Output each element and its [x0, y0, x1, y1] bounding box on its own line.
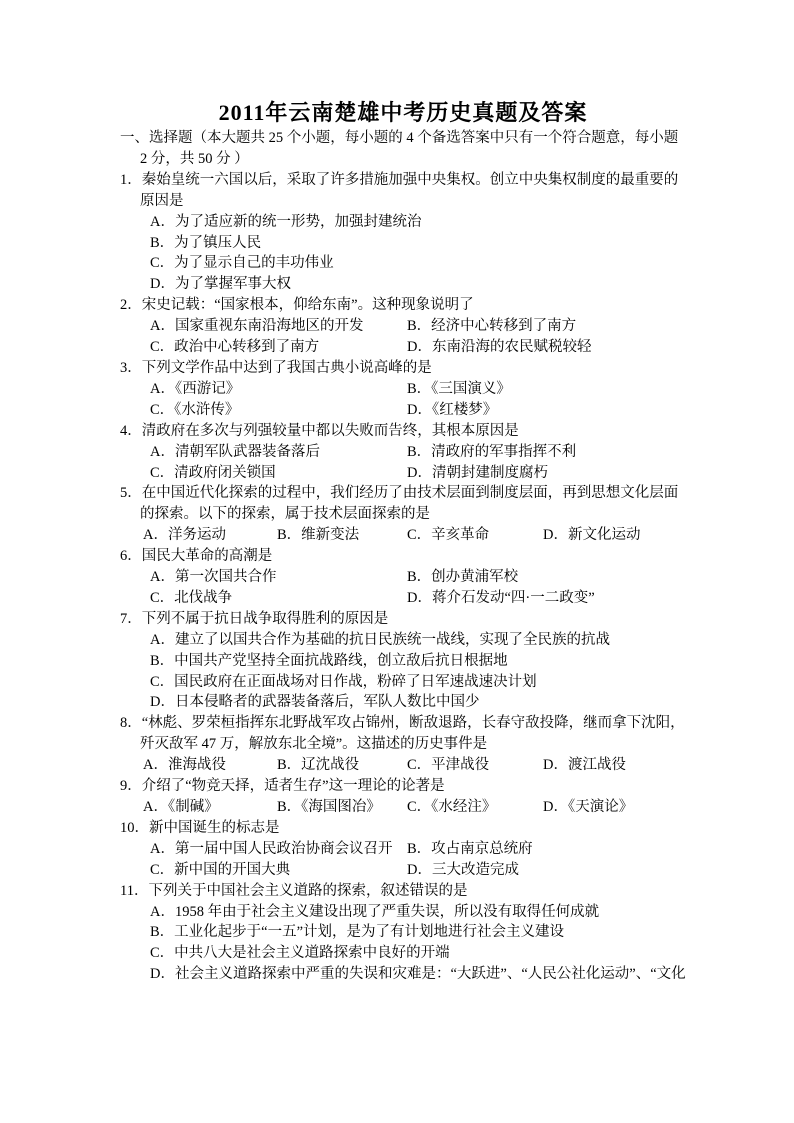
question-stem: 1．秦始皇统一六国以后，采取了许多措施加强中央集权。创立中央集权制度的最重要的原…	[120, 170, 686, 212]
question-stem-text: 下列不属于抗日战争取得胜利的原因是	[142, 611, 389, 627]
option-a: A．洋务运动	[143, 525, 277, 546]
option-a: A．《制碱》	[143, 797, 277, 818]
question-stem-text: 介绍了“物竞天择，适者生存”这一理论的论著是	[142, 778, 445, 794]
question-stem-text: 下列关于中国社会主义道路的探索，叙述错误的是	[148, 883, 467, 899]
question-options: A．1958 年由于社会主义建设出现了严重失误，所以没有取得任何成就 B．工业化…	[150, 902, 686, 986]
option-c: C．政治中心转移到了南方	[150, 337, 407, 358]
option-b: B．创办黄浦军校	[407, 567, 686, 588]
option-a: A．1958 年由于社会主义建设出现了严重失误，所以没有取得任何成就	[150, 902, 686, 923]
option-b: B．维新变法	[277, 525, 407, 546]
option-b: B．清政府的军事指挥不利	[407, 442, 686, 463]
option-a: A．淮海战役	[143, 755, 277, 776]
option-c: C．中共八大是社会主义道路探索中良好的开端	[150, 943, 686, 964]
option-c: C．国民政府在正面战场对日作战，粉碎了日军速战速决计划	[150, 672, 686, 693]
question-number: 11．	[120, 883, 148, 899]
option-c: C．为了显示自己的丰功伟业	[150, 253, 686, 274]
question-stem-text: 清政府在多次与列强较量中都以失败而告终，其根本原因是	[142, 423, 519, 439]
question-stem-text: 国民大革命的高潮是	[142, 548, 273, 564]
option-b: B．辽沈战役	[277, 755, 407, 776]
option-c: C．辛亥革命	[407, 525, 543, 546]
option-c: C．《水浒传》	[150, 400, 407, 421]
question-stem: 6．国民大革命的高潮是	[120, 546, 686, 567]
option-b: B．中国共产党坚持全面抗战路线，创立敌后抗日根据地	[150, 651, 686, 672]
question-stem-text: 下列文学作品中达到了我国古典小说高峰的是	[142, 360, 432, 376]
option-d: D．清朝封建制度腐朽	[407, 463, 686, 484]
question-options: A．淮海战役 B．辽沈战役 C．平津战役 D．渡江战役	[143, 755, 686, 776]
question-stem: 3．下列文学作品中达到了我国古典小说高峰的是	[120, 358, 686, 379]
option-b: B．经济中心转移到了南方	[407, 316, 686, 337]
option-d: D．东南沿海的农民赋税较轻	[407, 337, 686, 358]
question-options: A．建立了以国共合作为基础的抗日民族统一战线，实现了全民族的抗战 B．中国共产党…	[150, 630, 686, 714]
exam-document-page: 2011年云南楚雄中考历史真题及答案 一、选择题（本大题共 25 个小题，每小题…	[0, 0, 794, 1123]
option-a: A．第一次国共合作	[150, 567, 407, 588]
question-number: 9．	[120, 778, 142, 794]
option-c: C．清政府闭关锁国	[150, 463, 407, 484]
question-8: 8．“林彪、罗荣桓指挥东北野战军攻占锦州，断敌退路，长春守敌投降，继而拿下沈阳，…	[120, 713, 686, 776]
option-b: B．工业化起步于“一五”计划，是为了有计划地进行社会主义建设	[150, 922, 686, 943]
option-a: A．《西游记》	[150, 379, 407, 400]
question-options: A．《西游记》 B．《三国演义》 C．《水浒传》 D．《红楼梦》	[150, 379, 686, 421]
document-content: 2011年云南楚雄中考历史真题及答案 一、选择题（本大题共 25 个小题，每小题…	[0, 98, 794, 985]
option-b: B．为了镇压人民	[150, 233, 686, 254]
question-7: 7．下列不属于抗日战争取得胜利的原因是 A．建立了以国共合作为基础的抗日民族统一…	[120, 609, 686, 714]
question-options: A．第一届中国人民政治协商会议召开 B．攻占南京总统府 C．新中国的开国大典 D…	[150, 839, 686, 881]
question-number: 1．	[120, 172, 142, 188]
question-options: A．清朝军队武器装备落后 B．清政府的军事指挥不利 C．清政府闭关锁国 D．清朝…	[150, 442, 686, 484]
question-number: 4．	[120, 423, 142, 439]
option-d: D．渡江战役	[543, 755, 686, 776]
question-stem: 9．介绍了“物竞天择，适者生存”这一理论的论著是	[120, 776, 686, 797]
question-stem: 2．宋史记载：“国家根本，仰给东南”。这种现象说明了	[120, 295, 686, 316]
option-c: C．《水经注》	[407, 797, 543, 818]
question-options: A．《制碱》 B．《海国图冶》 C．《水经注》 D．《天演论》	[143, 797, 686, 818]
question-10: 10．新中国诞生的标志是 A．第一届中国人民政治协商会议召开 B．攻占南京总统府…	[120, 818, 686, 881]
question-stem: 5．在中国近代化探索的过程中，我们经历了由技术层面到制度层面，再到思想文化层面的…	[120, 483, 686, 525]
option-b: B．攻占南京总统府	[407, 839, 686, 860]
question-stem: 10．新中国诞生的标志是	[120, 818, 686, 839]
section-intro: 一、选择题（本大题共 25 个小题，每小题的 4 个备选答案中只有一个符合题意，…	[120, 128, 686, 170]
question-number: 3．	[120, 360, 142, 376]
option-c: C．平津战役	[407, 755, 543, 776]
option-d: D．新文化运动	[543, 525, 686, 546]
option-a: A．清朝军队武器装备落后	[150, 442, 407, 463]
question-stem-text: 在中国近代化探索的过程中，我们经历了由技术层面到制度层面，再到思想文化层面的探索…	[140, 485, 678, 522]
question-number: 2．	[120, 297, 142, 313]
question-stem-text: “林彪、罗荣桓指挥东北野战军攻占锦州，断敌退路，长春守敌投降，继而拿下沈阳，歼灭…	[140, 715, 685, 752]
question-number: 5．	[120, 485, 142, 501]
question-number: 6．	[120, 548, 142, 564]
option-d: D．为了掌握军事大权	[150, 274, 686, 295]
option-a: A．第一届中国人民政治协商会议召开	[150, 839, 407, 860]
option-b: B．《海国图冶》	[277, 797, 407, 818]
option-d: D．社会主义道路探索中严重的失误和灾难是：“大跃进”、“人民公社化运动”、“文化	[150, 964, 686, 985]
question-stem-text: 新中国诞生的标志是	[149, 820, 280, 836]
question-stem-text: 秦始皇统一六国以后，采取了许多措施加强中央集权。创立中央集权制度的最重要的原因是	[140, 172, 678, 209]
option-d: D．日本侵略者的武器装备落后，军队人数比中国少	[150, 692, 686, 713]
question-options: A．第一次国共合作 B．创办黄浦军校 C．北伐战争 D．蒋介石发动“四·一二政变…	[150, 567, 686, 609]
option-a: A．国家重视东南沿海地区的开发	[150, 316, 407, 337]
question-9: 9．介绍了“物竞天择，适者生存”这一理论的论著是 A．《制碱》 B．《海国图冶》…	[120, 776, 686, 818]
option-c: C．北伐战争	[150, 588, 407, 609]
option-c: C．新中国的开国大典	[150, 860, 407, 881]
question-stem: 7．下列不属于抗日战争取得胜利的原因是	[120, 609, 686, 630]
option-d: D．三大改造完成	[407, 860, 686, 881]
question-2: 2．宋史记载：“国家根本，仰给东南”。这种现象说明了 A．国家重视东南沿海地区的…	[120, 295, 686, 358]
question-options: A．国家重视东南沿海地区的开发 B．经济中心转移到了南方 C．政治中心转移到了南…	[150, 316, 686, 358]
page-title: 2011年云南楚雄中考历史真题及答案	[120, 98, 686, 128]
option-a: A．为了适应新的统一形势，加强封建统治	[150, 212, 686, 233]
question-number: 7．	[120, 611, 142, 627]
question-6: 6．国民大革命的高潮是 A．第一次国共合作 B．创办黄浦军校 C．北伐战争 D．…	[120, 546, 686, 609]
question-number: 8．	[120, 715, 142, 731]
option-b: B．《三国演义》	[407, 379, 686, 400]
option-a: A．建立了以国共合作为基础的抗日民族统一战线，实现了全民族的抗战	[150, 630, 686, 651]
question-stem: 8．“林彪、罗荣桓指挥东北野战军攻占锦州，断敌退路，长春守敌投降，继而拿下沈阳，…	[120, 713, 686, 755]
option-d: D．《天演论》	[543, 797, 686, 818]
question-options: A．为了适应新的统一形势，加强封建统治 B．为了镇压人民 C．为了显示自己的丰功…	[150, 212, 686, 296]
option-d: D．蒋介石发动“四·一二政变”	[407, 588, 686, 609]
question-stem: 4．清政府在多次与列强较量中都以失败而告终，其根本原因是	[120, 421, 686, 442]
question-1: 1．秦始皇统一六国以后，采取了许多措施加强中央集权。创立中央集权制度的最重要的原…	[120, 170, 686, 295]
question-stem-text: 宋史记载：“国家根本，仰给东南”。这种现象说明了	[142, 297, 474, 313]
question-11: 11．下列关于中国社会主义道路的探索，叙述错误的是 A．1958 年由于社会主义…	[120, 881, 686, 986]
question-number: 10．	[120, 820, 149, 836]
question-4: 4．清政府在多次与列强较量中都以失败而告终，其根本原因是 A．清朝军队武器装备落…	[120, 421, 686, 484]
question-5: 5．在中国近代化探索的过程中，我们经历了由技术层面到制度层面，再到思想文化层面的…	[120, 483, 686, 546]
question-options: A．洋务运动 B．维新变法 C．辛亥革命 D．新文化运动	[143, 525, 686, 546]
question-3: 3．下列文学作品中达到了我国古典小说高峰的是 A．《西游记》 B．《三国演义》 …	[120, 358, 686, 421]
option-d: D．《红楼梦》	[407, 400, 686, 421]
question-stem: 11．下列关于中国社会主义道路的探索，叙述错误的是	[120, 881, 686, 902]
